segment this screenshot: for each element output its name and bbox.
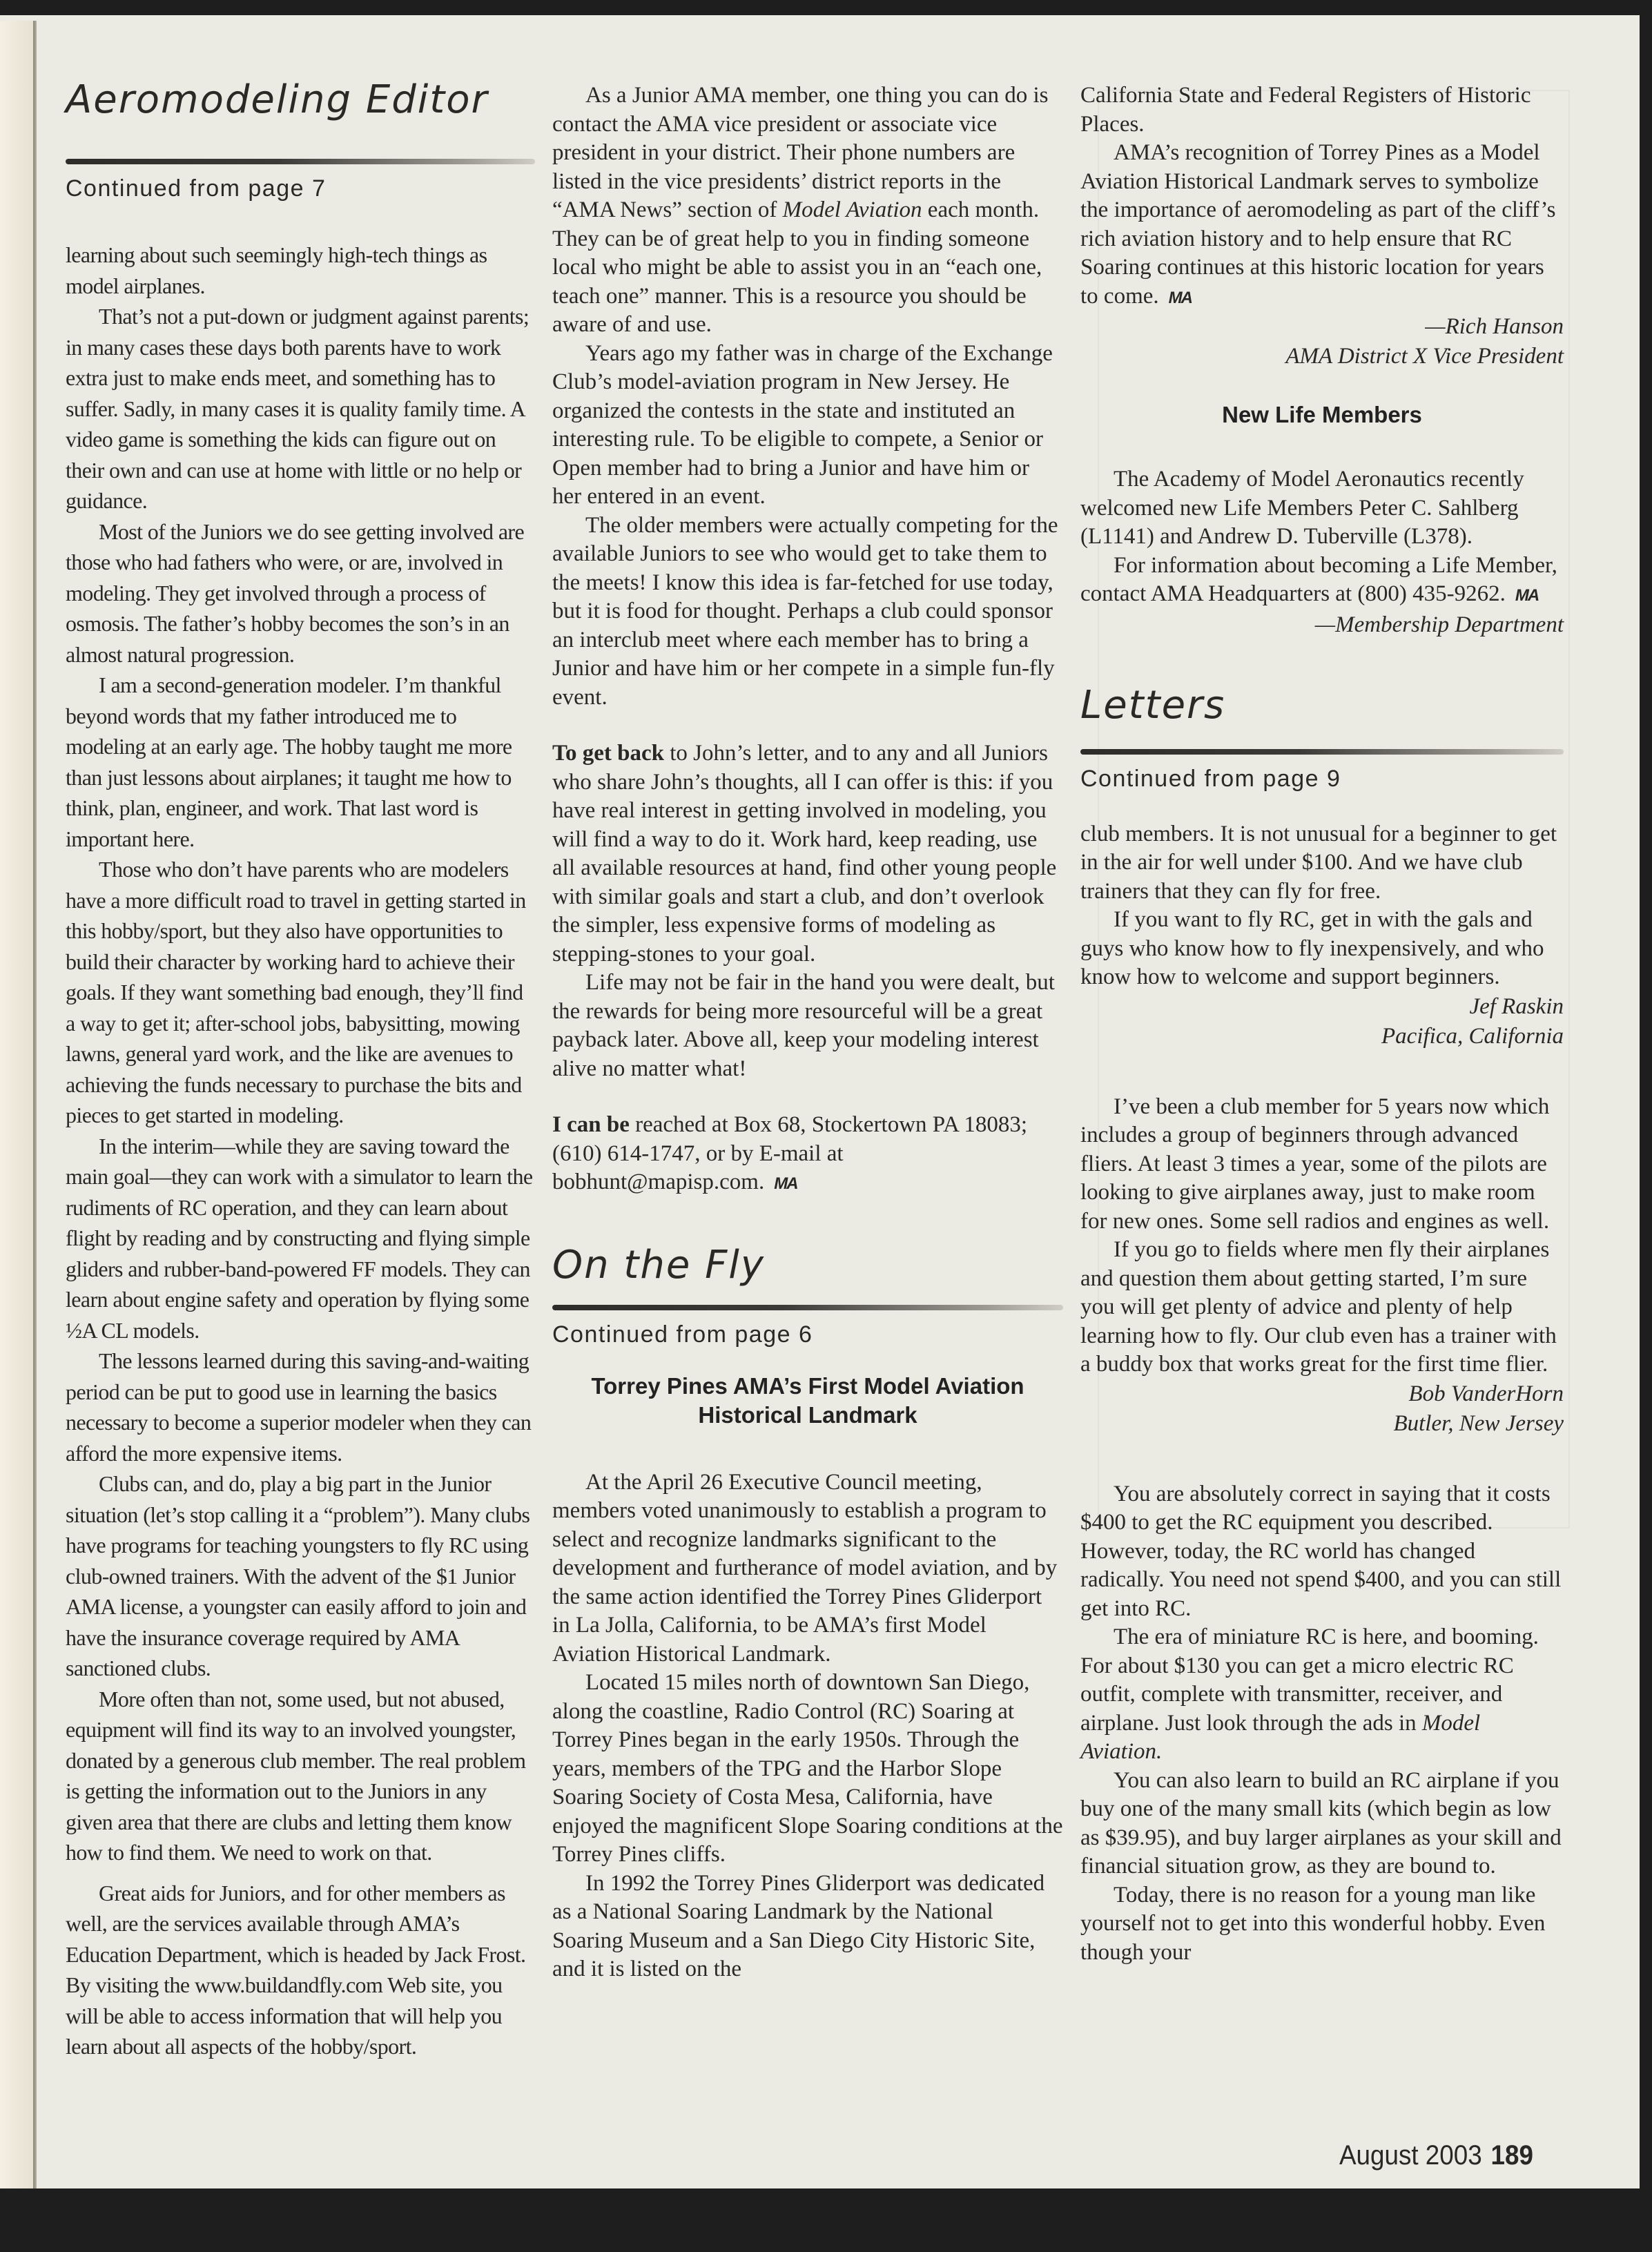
- paragraph: I am a second-generation modeler. I’m th…: [66, 670, 535, 854]
- ma-end-mark-icon: MA: [1169, 289, 1192, 307]
- paragraph: You are absolutely correct in saying tha…: [1080, 1480, 1564, 1624]
- page-number: 189: [1491, 2140, 1533, 2171]
- letter-author: Bob VanderHorn: [1080, 1379, 1564, 1409]
- torrey-pines-subhead: Torrey Pines AMA’s First Model Aviation …: [552, 1372, 1063, 1430]
- paragraph: For information about becoming a Life Me…: [1080, 552, 1564, 610]
- paragraph: Located 15 miles north of downtown San D…: [552, 1669, 1063, 1870]
- paragraph: The Academy of Model Aeronautics recentl…: [1080, 465, 1564, 552]
- paragraph: I’ve been a club member for 5 years now …: [1080, 1093, 1564, 1236]
- signature-title: AMA District X Vice President: [1080, 342, 1564, 371]
- paragraph: That’s not a put-down or judgment agains…: [66, 301, 535, 516]
- paragraph: Life may not be fair in the hand you wer…: [552, 969, 1063, 1083]
- magazine-name: Model Aviation: [783, 197, 922, 222]
- paragraph: You can also learn to build an RC airpla…: [1080, 1767, 1564, 1881]
- letter-location: Butler, New Jersey: [1080, 1409, 1564, 1439]
- paragraph: The lessons learned during this saving-a…: [66, 1346, 535, 1468]
- ma-end-mark-icon: MA: [774, 1174, 797, 1193]
- paragraph: Those who don’t have parents who are mod…: [66, 854, 535, 1131]
- scan-background: [0, 2188, 1652, 2252]
- column-1: Aeromodeling Editor Continued from page …: [66, 76, 535, 2062]
- paragraph: In 1992 the Torrey Pines Gliderport was …: [552, 1870, 1063, 1984]
- paragraph: To get back to John’s letter, and to any…: [552, 739, 1063, 969]
- paragraph: In the interim—while they are saving tow…: [66, 1131, 535, 1346]
- continued-from-page-6: Continued from page 6: [552, 1321, 1063, 1348]
- paragraph: At the April 26 Executive Council meetin…: [552, 1468, 1063, 1669]
- signature-name: —Rich Hanson: [1080, 312, 1564, 342]
- aeromodeling-editor-title: Aeromodeling Editor: [66, 76, 535, 124]
- previous-page-edge: [0, 21, 33, 2230]
- run-in-lead: I can be: [552, 1112, 630, 1137]
- letter-location: Pacifica, California: [1080, 1022, 1564, 1051]
- paragraph: club members. It is not unusual for a be…: [1080, 820, 1564, 906]
- on-the-fly-title: On the Fly: [552, 1241, 1063, 1290]
- continued-from-page-7: Continued from page 7: [66, 175, 535, 202]
- new-life-members-heading: New Life Members: [1080, 400, 1564, 429]
- binding-gutter: [33, 21, 37, 2230]
- column-2: As a Junior AMA member, one thing you ca…: [552, 81, 1063, 1984]
- paragraph: Great aids for Juniors, and for other me…: [66, 1878, 535, 2062]
- issue-date: August 2003: [1339, 2140, 1482, 2171]
- paragraph: Clubs can, and do, play a big part in th…: [66, 1468, 535, 1684]
- paragraph: If you want to fly RC, get in with the g…: [1080, 906, 1564, 992]
- ma-end-mark-icon: MA: [1515, 586, 1538, 605]
- paragraph: learning about such seemingly high-tech …: [66, 240, 535, 301]
- paragraph: Today, there is no reason for a young ma…: [1080, 1881, 1564, 1968]
- paragraph: Most of the Juniors we do see getting in…: [66, 516, 535, 670]
- section-rule: [552, 1305, 1063, 1310]
- signature: —Membership Department: [1080, 610, 1564, 640]
- contact-paragraph: I can be reached at Box 68, Stockertown …: [552, 1111, 1063, 1198]
- continued-from-page-9: Continued from page 9: [1080, 766, 1564, 793]
- page-footer: August 2003189: [1339, 2140, 1533, 2171]
- column-3: California State and Federal Registers o…: [1080, 81, 1564, 1967]
- paragraph: Years ago my father was in charge of the…: [552, 340, 1063, 512]
- paragraph: The older members were actually competin…: [552, 512, 1063, 712]
- section-rule: [1080, 749, 1564, 755]
- paragraph: California State and Federal Registers o…: [1080, 81, 1564, 139]
- paragraph: The era of miniature RC is here, and boo…: [1080, 1623, 1564, 1767]
- letters-title: Letters: [1080, 681, 1564, 730]
- paragraph: More often than not, some used, but not …: [66, 1684, 535, 1868]
- paragraph: As a Junior AMA member, one thing you ca…: [552, 81, 1063, 340]
- run-in-lead: To get back: [552, 741, 664, 766]
- section-rule: [66, 159, 535, 164]
- letter-author: Jef Raskin: [1080, 992, 1564, 1022]
- paragraph: AMA’s recognition of Torrey Pines as a M…: [1080, 139, 1564, 312]
- paragraph: If you go to fields where men fly their …: [1080, 1236, 1564, 1379]
